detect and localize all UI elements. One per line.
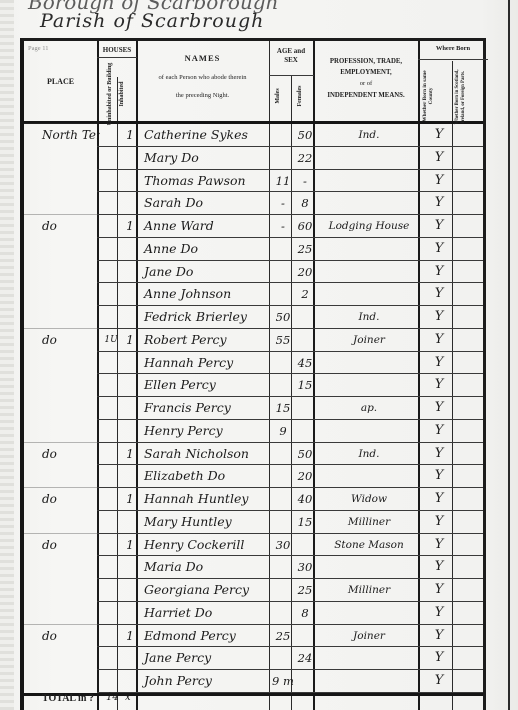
male-age-cell [272,443,294,466]
profession-cell: Milliner [316,511,422,534]
place-cell [28,602,100,625]
male-age-cell [272,647,294,670]
male-age-cell [272,511,294,534]
inhabited-cell [121,374,139,397]
uninhabited-cell [101,124,121,147]
name-cell: Fedrick Brierley [140,306,273,329]
born-elsewhere-cell [456,192,489,215]
inhabited-cell: 1 [121,534,139,557]
female-age-cell [294,420,316,443]
born-elsewhere-cell [456,215,489,238]
female-age-cell: 25 [294,579,316,602]
profession-cell [316,465,422,488]
header-profession-1: PROFESSION, TRADE, [314,57,418,66]
table-row: Hannah Percy45Y [24,352,483,375]
female-age-cell: 15 [294,374,316,397]
profession-cell: Ind. [316,443,422,466]
born-elsewhere-cell [456,488,489,511]
inhabited-cell [121,511,139,534]
profession-cell: Milliner [316,579,422,602]
born-county-cell: Y [422,238,456,261]
female-age-cell: 45 [294,352,316,375]
uninhabited-cell [101,670,121,693]
male-age-cell: 11 [272,170,294,193]
inhabited-cell: 1 [121,215,139,238]
place-cell: do [28,488,100,511]
table-row: Harriet Do8Y [24,602,483,625]
born-county-cell: Y [422,192,456,215]
header-names: NAMES [136,53,269,64]
place-cell [28,147,100,170]
uninhabited-cell [101,488,121,511]
header-inhabited: Inhabited [119,62,137,126]
uninhabited-cell [101,625,121,648]
inhabited-cell [121,192,139,215]
born-county-cell: Y [422,261,456,284]
name-cell: Sarah Do [140,192,273,215]
place-cell [28,306,100,329]
header-rule [418,59,488,60]
uninhabited-cell [101,261,121,284]
name-cell: Jane Percy [140,647,273,670]
male-age-cell [272,374,294,397]
table-row: Jane Do20Y [24,261,483,284]
female-age-cell: 40 [294,488,316,511]
place-cell: do [28,534,100,557]
born-elsewhere-cell [456,534,489,557]
born-county-cell: Y [422,465,456,488]
header-names-sub2: the preceding Night. [136,92,269,101]
uninhabited-cell [101,556,121,579]
header-profession-2: EMPLOYMENT, [314,68,418,77]
name-cell: Anne Johnson [140,283,273,306]
total-label: TOTAL in ? [42,693,94,704]
page-margin-rule [508,0,510,710]
household-rule [24,533,97,534]
name-cell: John Percy [140,670,273,693]
male-age-cell [272,283,294,306]
header-rule [97,57,137,58]
place-cell [28,579,100,602]
male-age-cell: - [272,192,294,215]
total-inhabited: x [125,692,131,703]
name-cell: Sarah Nicholson [140,443,273,466]
born-county-cell: Y [422,352,456,375]
female-age-cell [294,625,316,648]
born-county-cell: Y [422,329,456,352]
profession-cell: Ind. [316,124,422,147]
profession-cell [316,170,422,193]
table-row: Anne Johnson2Y [24,283,483,306]
profession-cell: Stone Mason [316,534,422,557]
female-age-cell: 20 [294,261,316,284]
uninhabited-cell [101,397,121,420]
place-cell: do [28,443,100,466]
inhabited-cell [121,261,139,284]
female-age-cell: 15 [294,511,316,534]
name-cell: Elizabeth Do [140,465,273,488]
female-age-cell: 24 [294,647,316,670]
uninhabited-cell [101,534,121,557]
uninhabited-cell [101,579,121,602]
header-profession-4: INDEPENDENT MEANS. [314,91,418,100]
born-county-cell: Y [422,556,456,579]
parish-heading: Parish of Scarbrough [40,10,264,32]
header-born-elsewhere: Whether Born in Scotland, Ireland, or Fo… [455,67,483,127]
table-row: Mary Do22Y [24,147,483,170]
table-row: Maria Do30Y [24,556,483,579]
born-county-cell: Y [422,420,456,443]
female-age-cell [294,329,316,352]
profession-cell: Lodging House [316,215,422,238]
profession-cell: Joiner [316,625,422,648]
born-elsewhere-cell [456,397,489,420]
header-born-county: Whether Born in same County [422,66,448,126]
place-cell: do [28,625,100,648]
born-county-cell: Y [422,215,456,238]
born-elsewhere-cell [456,511,489,534]
uninhabited-cell [101,511,121,534]
name-cell: Mary Huntley [140,511,273,534]
male-age-cell: 9 [272,420,294,443]
inhabited-cell: 1 [121,625,139,648]
inhabited-cell: 1 [121,443,139,466]
born-county-cell: Y [422,625,456,648]
born-elsewhere-cell [456,443,489,466]
name-cell: Robert Percy [140,329,273,352]
female-age-cell: 60 [294,215,316,238]
born-county-cell: Y [422,488,456,511]
header-names-sub1: of each Person who abode therein [136,74,269,83]
uninhabited-cell [101,238,121,261]
uninhabited-cell: 1U [101,329,121,352]
male-age-cell: 25 [272,625,294,648]
male-age-cell: - [272,215,294,238]
table-row: Elizabeth Do20Y [24,465,483,488]
born-elsewhere-cell [456,420,489,443]
inhabited-cell [121,420,139,443]
place-cell [28,420,100,443]
table-row: do1U1Robert Percy55JoinerY [24,329,483,352]
born-elsewhere-cell [456,329,489,352]
inhabited-cell [121,147,139,170]
header-age-sex: AGE and SEX [271,47,311,66]
place-cell [28,352,100,375]
born-elsewhere-cell [456,283,489,306]
profession-cell [316,238,422,261]
table-row: North Terrace1Catherine Sykes50Ind.Y [24,124,483,147]
born-county-cell: Y [422,374,456,397]
uninhabited-cell [101,170,121,193]
name-cell: Georgiana Percy [140,579,273,602]
profession-cell: Ind. [316,306,422,329]
name-cell: Anne Do [140,238,273,261]
place-cell [28,670,100,693]
name-cell: Harriet Do [140,602,273,625]
place-cell [28,556,100,579]
name-cell: Francis Percy [140,397,273,420]
female-age-cell: 50 [294,443,316,466]
inhabited-cell [121,306,139,329]
place-cell [28,261,100,284]
female-age-cell [294,534,316,557]
born-elsewhere-cell [456,352,489,375]
uninhabited-cell [101,374,121,397]
table-row: John Percy9 monthsY [24,670,483,693]
table-row: Anne Do25Y [24,238,483,261]
profession-cell [316,147,422,170]
inhabited-cell [121,579,139,602]
place-cell [28,397,100,420]
female-age-cell [294,670,316,693]
male-age-cell: 50 [272,306,294,329]
profession-cell [316,420,422,443]
name-cell: Thomas Pawson [140,170,273,193]
female-age-cell: 25 [294,238,316,261]
page-edge [0,0,14,710]
female-age-cell: 50 [294,124,316,147]
header-houses: HOUSES [97,46,137,55]
place-cell [28,465,100,488]
profession-cell [316,261,422,284]
profession-cell [316,352,422,375]
table-row: Thomas Pawson11-Y [24,170,483,193]
table-row: Henry Percy9Y [24,420,483,443]
profession-cell [316,556,422,579]
inhabited-cell [121,397,139,420]
table-row: Francis Percy15ap.Y [24,397,483,420]
born-county-cell: Y [422,511,456,534]
male-age-cell [272,238,294,261]
place-cell [28,283,100,306]
name-cell: Henry Percy [140,420,273,443]
inhabited-cell [121,283,139,306]
born-county-cell: Y [422,670,456,693]
born-elsewhere-cell [456,602,489,625]
born-county-cell: Y [422,124,456,147]
household-rule [24,442,97,443]
profession-cell [316,374,422,397]
male-age-cell [272,147,294,170]
profession-cell [316,647,422,670]
place-cell: do [28,329,100,352]
born-elsewhere-cell [456,647,489,670]
female-age-cell: - [294,170,316,193]
place-cell [28,238,100,261]
table-row: Jane Percy24Y [24,647,483,670]
male-age-cell: 15 [272,397,294,420]
name-cell: Maria Do [140,556,273,579]
male-age-cell: 30 [272,534,294,557]
born-elsewhere-cell [456,556,489,579]
place-cell [28,511,100,534]
uninhabited-cell [101,306,121,329]
inhabited-cell [121,602,139,625]
born-elsewhere-cell [456,238,489,261]
born-elsewhere-cell [456,170,489,193]
name-cell: Mary Do [140,147,273,170]
place-cell [28,170,100,193]
table-row: do1Henry Cockerill30Stone MasonY [24,534,483,557]
name-cell: Hannah Percy [140,352,273,375]
header-females: Females [297,76,309,116]
profession-cell: Joiner [316,329,422,352]
place-cell: do [28,215,100,238]
born-elsewhere-cell [456,306,489,329]
table-row: Ellen Percy15Y [24,374,483,397]
female-age-cell: 8 [294,602,316,625]
male-age-cell [272,556,294,579]
born-elsewhere-cell [456,124,489,147]
female-age-cell: 2 [294,283,316,306]
male-age-cell [272,602,294,625]
born-elsewhere-cell [456,147,489,170]
inhabited-cell: 1 [121,329,139,352]
table-row: Georgiana Percy25MillinerY [24,579,483,602]
uninhabited-cell [101,443,121,466]
name-cell: Jane Do [140,261,273,284]
inhabited-cell [121,238,139,261]
inhabited-cell [121,352,139,375]
profession-cell [316,602,422,625]
born-elsewhere-cell [456,625,489,648]
place-cell [28,374,100,397]
place-cell: North Terrace [28,124,100,147]
born-elsewhere-cell [456,374,489,397]
place-cell [28,192,100,215]
born-county-cell: Y [422,534,456,557]
inhabited-cell [121,556,139,579]
female-age-cell [294,397,316,420]
census-page: Borough of Scarborough Parish of Scarbro… [0,0,518,710]
female-age-cell [294,306,316,329]
born-elsewhere-cell [456,261,489,284]
male-age-cell: 55 [272,329,294,352]
born-elsewhere-cell [456,465,489,488]
born-county-cell: Y [422,283,456,306]
male-age-cell [272,579,294,602]
born-elsewhere-cell [456,579,489,602]
inhabited-cell [121,170,139,193]
inhabited-cell: 1 [121,488,139,511]
table-row: Sarah Do-8Y [24,192,483,215]
born-county-cell: Y [422,306,456,329]
name-cell: Edmond Percy [140,625,273,648]
table-row: Mary Huntley15MillinerY [24,511,483,534]
profession-cell [316,670,422,693]
uninhabited-cell [101,352,121,375]
profession-cell: Widow [316,488,422,511]
name-cell: Henry Cockerill [140,534,273,557]
born-county-cell: Y [422,579,456,602]
male-age-cell [272,352,294,375]
page-stamp: Page 11 [28,45,88,54]
inhabited-cell [121,465,139,488]
uninhabited-cell [101,465,121,488]
male-age-cell [272,261,294,284]
table-row: do1Anne Ward-60Lodging HouseY [24,215,483,238]
born-county-cell: Y [422,147,456,170]
uninhabited-cell [101,192,121,215]
born-county-cell: Y [422,443,456,466]
place-cell [28,647,100,670]
header-males: Males [275,76,287,116]
profession-cell [316,192,422,215]
name-cell: Ellen Percy [140,374,273,397]
uninhabited-cell [101,420,121,443]
male-age-cell: 9 months [272,670,294,693]
header-where-born: Where Born [418,45,488,54]
census-table: Page 11 PLACE HOUSES Uninhabited or Buil… [20,38,486,710]
table-row: do1Edmond Percy25JoinerY [24,625,483,648]
born-elsewhere-cell [456,670,489,693]
profession-cell [316,283,422,306]
header-profession-3: or of [314,80,418,89]
uninhabited-cell [101,283,121,306]
table-row: do1Sarah Nicholson50Ind.Y [24,443,483,466]
inhabited-cell [121,647,139,670]
born-county-cell: Y [422,602,456,625]
born-county-cell: Y [422,170,456,193]
total-uninhabited: 14 [106,692,119,703]
male-age-cell [272,124,294,147]
born-county-cell: Y [422,647,456,670]
household-rule [24,487,97,488]
uninhabited-cell [101,215,121,238]
uninhabited-cell [101,147,121,170]
uninhabited-cell [101,602,121,625]
name-cell: Anne Ward [140,215,273,238]
born-county-cell: Y [422,397,456,420]
name-cell: Hannah Huntley [140,488,273,511]
inhabited-cell: 1 [121,124,139,147]
household-rule [24,328,97,329]
header-place: PLACE [24,77,97,88]
inhabited-cell [121,670,139,693]
uninhabited-cell [101,647,121,670]
male-age-cell [272,488,294,511]
household-rule [24,214,97,215]
female-age-cell: 20 [294,465,316,488]
male-age-cell [272,465,294,488]
female-age-cell: 30 [294,556,316,579]
female-age-cell: 22 [294,147,316,170]
female-age-cell: 8 [294,192,316,215]
household-rule [24,624,97,625]
table-row: Fedrick Brierley50Ind.Y [24,306,483,329]
profession-cell: ap. [316,397,422,420]
table-row: do1Hannah Huntley40WidowY [24,488,483,511]
household-rule [24,123,97,124]
name-cell: Catherine Sykes [140,124,273,147]
